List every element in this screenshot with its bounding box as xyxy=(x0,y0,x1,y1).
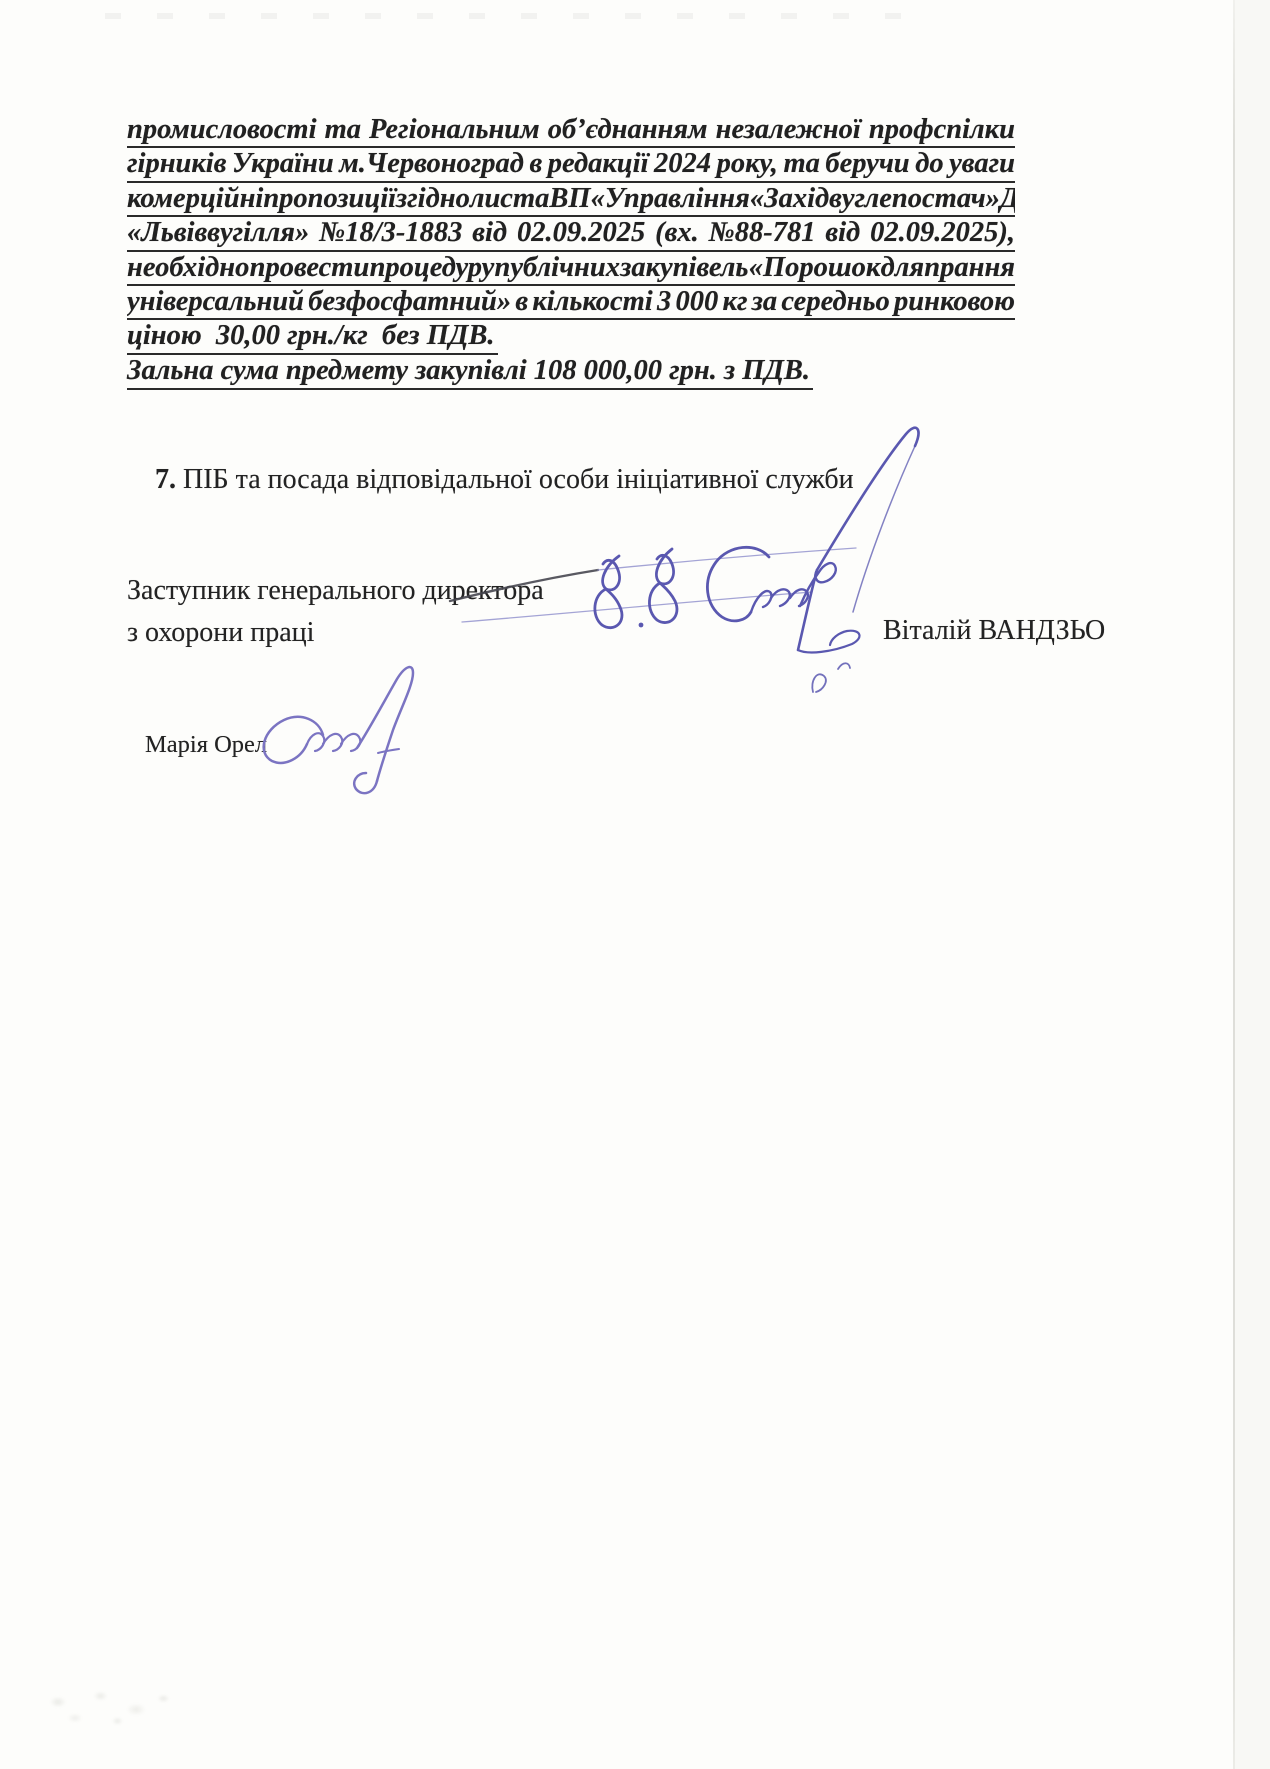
signature-strikethrough xyxy=(450,548,856,622)
vandzo-signature xyxy=(595,428,919,692)
orel-signature xyxy=(264,667,413,793)
signatures-layer xyxy=(0,0,1270,1769)
bottom-left-scan-smudge xyxy=(24,1682,194,1732)
scanned-document-page: промисловостітаРегіональнимоб’єднаннямне… xyxy=(0,0,1270,1769)
paper-edge-line xyxy=(1233,0,1235,1769)
scanner-background xyxy=(1235,0,1270,1769)
